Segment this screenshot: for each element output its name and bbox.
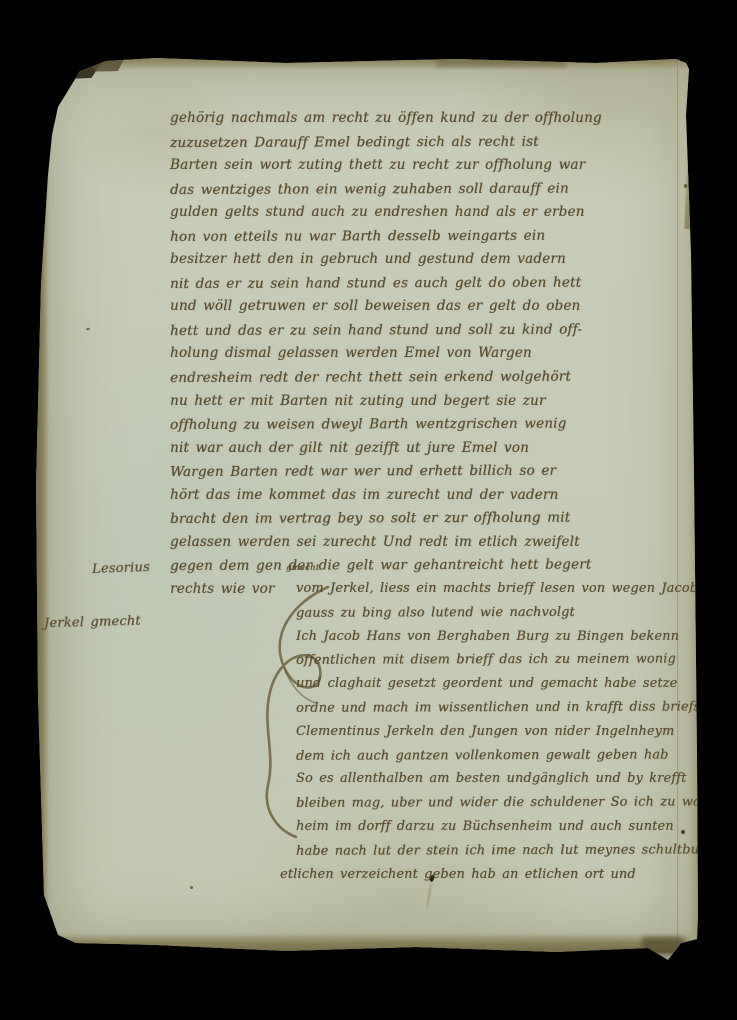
- handwritten-line: ordne und mach im wissentlichen und in k…: [296, 695, 706, 720]
- handwritten-line: habe nach lut der stein ich ime nach lut…: [296, 838, 706, 863]
- handwritten-line: Barten sein wort zuting thett zu recht z…: [170, 154, 694, 178]
- handwritten-line: das wentziges thon ein wenig zuhaben sol…: [170, 177, 694, 202]
- handwritten-line: nu hett er mit Barten nit zuting und beg…: [170, 390, 694, 414]
- torn-edge-bottom: [44, 933, 690, 953]
- text-block-second-record: vom Jerkel, liess ein machts brieff lese…: [296, 577, 706, 886]
- handwritten-line: nit war auch der gilt nit gezifft ut jur…: [170, 437, 694, 461]
- torn-edge-top: [56, 55, 692, 70]
- interlinear-insertion: gmecht: [286, 563, 319, 573]
- handwritten-line: und wöll getruwen er soll beweisen das e…: [170, 295, 694, 319]
- top-left-torn-fragment: [36, 46, 106, 86]
- top-left-torn-fragment-small: [89, 56, 124, 74]
- ink-speck: [86, 327, 90, 330]
- handwritten-line: gehörig nachmals am recht zu öffen kund …: [170, 107, 694, 131]
- ink-blot-streak: [426, 883, 432, 909]
- bottom-right-notch: [642, 937, 684, 955]
- ink-speck: [190, 886, 193, 889]
- manuscript-page: gehörig nachmals am recht zu öffen kund …: [36, 55, 702, 960]
- handwritten-line: offholung zu weisen dweyl Barth wentzgri…: [170, 412, 694, 437]
- torn-edge-left: [36, 91, 49, 946]
- handwritten-line: bracht den im vertrag bey so solt er zur…: [170, 506, 694, 531]
- handwritten-line: So es allenthalben am besten undgänglich…: [296, 767, 706, 791]
- handwritten-line: hört das ime kommet das im zurecht und d…: [170, 484, 694, 508]
- margin-note-jerkel-gmecht: Jerkel gmecht: [44, 614, 141, 632]
- torn-edge-top-stain: [436, 57, 566, 67]
- handwritten-line: gauss zu bing also lutend wie nachvolgt: [296, 600, 706, 625]
- handwritten-line: vom Jerkel, liess ein machts brieff lese…: [296, 577, 706, 601]
- handwritten-line: Ich Jacob Hans von Berghaben Burg zu Bin…: [296, 625, 706, 649]
- handwritten-line: Wargen Barten redt war wer und erhett bi…: [170, 459, 694, 484]
- handwritten-line: endresheim redt der recht thett sein erk…: [170, 365, 694, 390]
- handwritten-line: Clementinus Jerkeln den Jungen von nider…: [296, 720, 706, 744]
- handwritten-line: holung dismal gelassen werden Emel von W…: [170, 342, 694, 366]
- margin-note-lesorius: Lesorius: [92, 560, 150, 577]
- handwritten-line: besitzer hett den in gebruch und gestund…: [170, 248, 694, 272]
- handwritten-line: nit das er zu sein hand stund es auch ge…: [170, 271, 694, 296]
- handwritten-line: bleiben mag, uber und wider die schulden…: [296, 790, 706, 815]
- handwritten-line: etlichen verzeichent geben hab an etlich…: [280, 863, 706, 887]
- handwritten-line: und claghait gesetzt geordent und gemach…: [296, 672, 706, 696]
- handwritten-line: gegen dem gen der die gelt war gehantrei…: [170, 553, 694, 578]
- manuscript-photo: gehörig nachmals am recht zu öffen kund …: [0, 0, 737, 1020]
- handwritten-line: hett und das er zu sein hand stund und s…: [170, 318, 694, 343]
- handwritten-line: gelassen werden sei zurecht Und redt im …: [170, 531, 694, 555]
- handwritten-line: dem ich auch gantzen vollenkomen gewalt …: [296, 743, 706, 768]
- handwritten-line: gulden gelts stund auch zu endreshen han…: [170, 201, 694, 225]
- handwritten-line: heim im dorff darzu zu Büchsenheim und a…: [296, 815, 706, 839]
- text-block-first-record: gehörig nachmals am recht zu öffen kund …: [170, 107, 694, 601]
- handwritten-line: hon von etteils nu war Barth desselb wei…: [170, 224, 694, 249]
- handwritten-line: zuzusetzen Darauff Emel bedingt sich als…: [170, 130, 694, 155]
- handwritten-line: offentlichen mit disem brieff das ich zu…: [296, 648, 706, 673]
